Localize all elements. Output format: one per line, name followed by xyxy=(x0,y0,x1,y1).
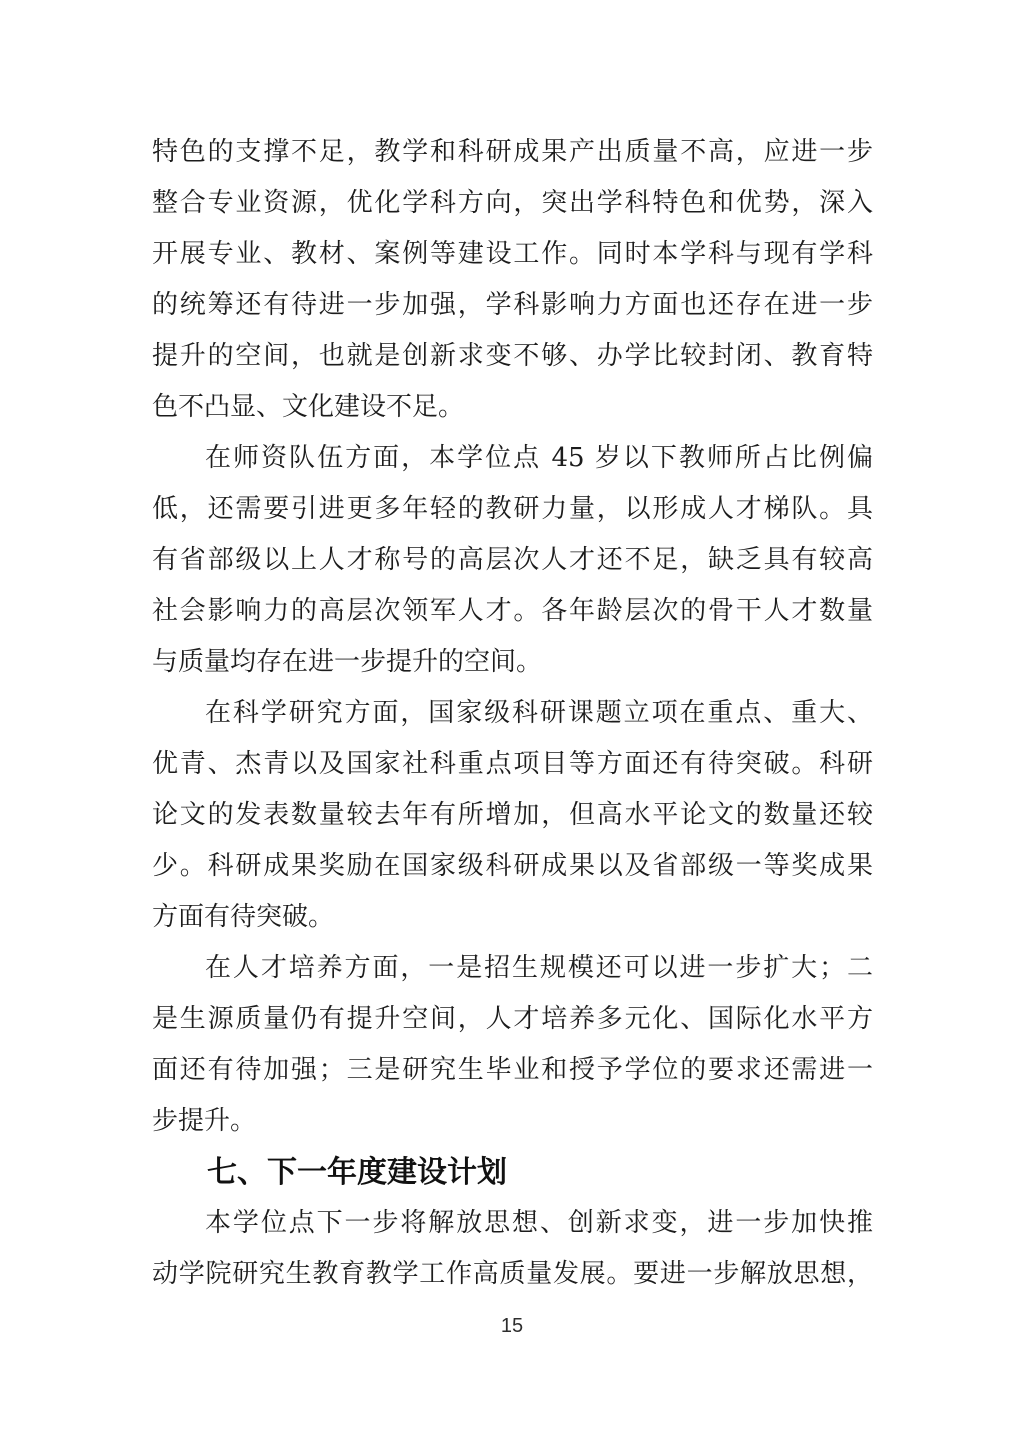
paragraph: 特色的支撑不足，教学和科研成果产出质量不高，应进一步整合专业资源，优化学科方向，… xyxy=(152,127,873,433)
text-line: 社会影响力的高层次领军人才。各年龄层次的骨干人才数量 xyxy=(152,586,873,637)
text-line: 开展专业、教材、案例等建设工作。同时本学科与现有学科 xyxy=(152,229,873,280)
document-body: 特色的支撑不足，教学和科研成果产出质量不高，应进一步整合专业资源，优化学科方向，… xyxy=(152,127,873,1300)
text-line: 少。科研成果奖励在国家级科研成果以及省部级一等奖成果 xyxy=(152,841,873,892)
text-line: 在师资队伍方面，本学位点 45 岁以下教师所占比例偏 xyxy=(152,433,873,484)
text-line: 本学位点下一步将解放思想、创新求变，进一步加快推 xyxy=(152,1198,873,1249)
text-line: 的统筹还有待进一步加强，学科影响力方面也还存在进一步 xyxy=(152,280,873,331)
document-page: 特色的支撑不足，教学和科研成果产出质量不高，应进一步整合专业资源，优化学科方向，… xyxy=(0,0,1024,1448)
section-heading: 七、下一年度建设计划 xyxy=(152,1147,873,1198)
text-line: 提升的空间，也就是创新求变不够、办学比较封闭、教育特 xyxy=(152,331,873,382)
section-heading-text: 七、下一年度建设计划 xyxy=(152,1147,873,1198)
text-line: 整合专业资源，优化学科方向，突出学科特色和优势，深入 xyxy=(152,178,873,229)
paragraph: 在师资队伍方面，本学位点 45 岁以下教师所占比例偏低，还需要引进更多年轻的教研… xyxy=(152,433,873,688)
text-line: 在人才培养方面，一是招生规模还可以进一步扩大；二 xyxy=(152,943,873,994)
paragraph: 在人才培养方面，一是招生规模还可以进一步扩大；二是生源质量仍有提升空间，人才培养… xyxy=(152,943,873,1147)
text-line: 低，还需要引进更多年轻的教研力量，以形成人才梯队。具 xyxy=(152,484,873,535)
text-line: 面还有待加强；三是研究生毕业和授予学位的要求还需进一 xyxy=(152,1045,873,1096)
text-line: 步提升。 xyxy=(152,1096,873,1147)
text-line: 色不凸显、文化建设不足。 xyxy=(152,382,873,433)
text-line: 动学院研究生教育教学工作高质量发展。要进一步解放思想， xyxy=(152,1249,873,1300)
paragraph: 本学位点下一步将解放思想、创新求变，进一步加快推动学院研究生教育教学工作高质量发… xyxy=(152,1198,873,1300)
text-line: 在科学研究方面，国家级科研课题立项在重点、重大、 xyxy=(152,688,873,739)
text-line: 特色的支撑不足，教学和科研成果产出质量不高，应进一步 xyxy=(152,127,873,178)
text-line: 方面有待突破。 xyxy=(152,892,873,943)
text-line: 是生源质量仍有提升空间，人才培养多元化、国际化水平方 xyxy=(152,994,873,1045)
paragraph: 在科学研究方面，国家级科研课题立项在重点、重大、优青、杰青以及国家社科重点项目等… xyxy=(152,688,873,943)
text-line: 论文的发表数量较去年有所增加，但高水平论文的数量还较 xyxy=(152,790,873,841)
page-number: 15 xyxy=(501,1315,523,1337)
page-footer: 15 xyxy=(0,1312,1024,1340)
text-line: 有省部级以上人才称号的高层次人才还不足，缺乏具有较高 xyxy=(152,535,873,586)
text-line: 优青、杰青以及国家社科重点项目等方面还有待突破。科研 xyxy=(152,739,873,790)
text-line: 与质量均存在进一步提升的空间。 xyxy=(152,637,873,688)
